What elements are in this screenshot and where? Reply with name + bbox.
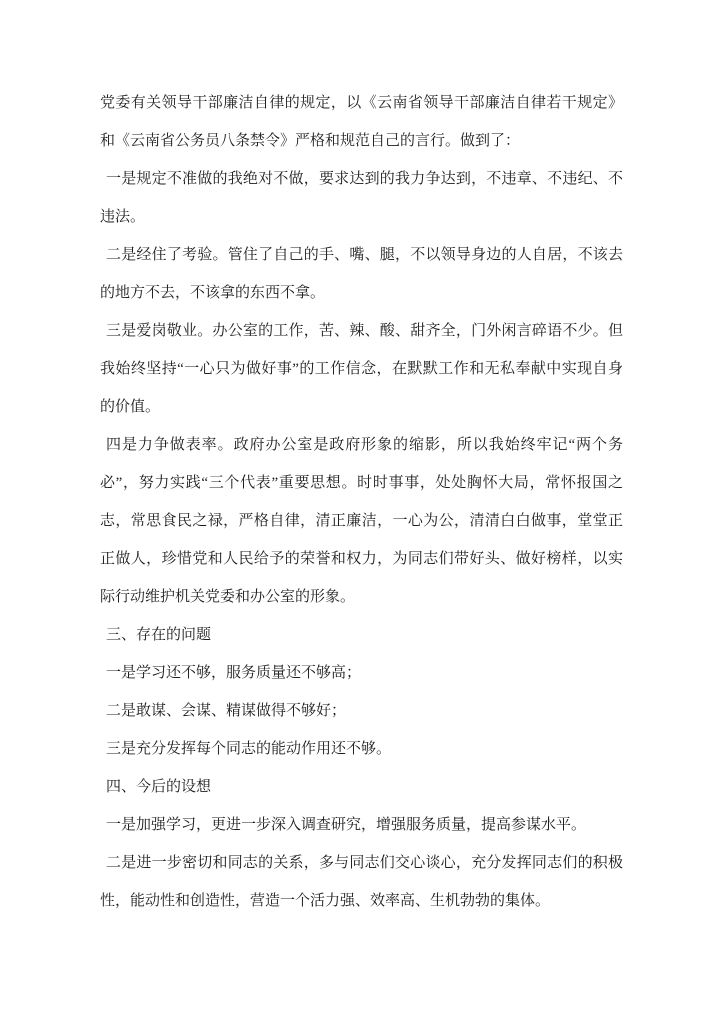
paragraph-point-1: 一是规定不准做的我绝对不做，要求达到的我力争达到，不违章、不违纪、不违法。 bbox=[100, 160, 623, 236]
document-page: 党委有关领导干部廉洁自律的规定，以《云南省领导干部廉洁自律若干规定》和《云南省公… bbox=[0, 0, 721, 1020]
section-heading-problems: 三、存在的问题 bbox=[100, 616, 623, 654]
paragraph-point-3: 三是爱岗敬业。办公室的工作，苦、辣、酸、甜齐全，门外闲言碎语不少。但我始终坚持“… bbox=[100, 312, 623, 426]
section-heading-future-plans: 四、今后的设想 bbox=[100, 768, 623, 806]
paragraph-continuation: 党委有关领导干部廉洁自律的规定，以《云南省领导干部廉洁自律若干规定》和《云南省公… bbox=[100, 84, 623, 160]
paragraph-plan-1: 一是加强学习，更进一步深入调查研究，增强服务质量，提高参谋水平。 bbox=[100, 806, 623, 844]
paragraph-point-2: 二是经住了考验。管住了自己的手、嘴、腿，不以领导身边的人自居，不该去的地方不去，… bbox=[100, 236, 623, 312]
paragraph-problem-1: 一是学习还不够，服务质量还不够高； bbox=[100, 654, 623, 692]
paragraph-plan-2: 二是进一步密切和同志的关系，多与同志们交心谈心，充分发挥同志们的积极性，能动性和… bbox=[100, 844, 623, 920]
document-text-block: 党委有关领导干部廉洁自律的规定，以《云南省领导干部廉洁自律若干规定》和《云南省公… bbox=[100, 84, 623, 920]
paragraph-point-4: 四是力争做表率。政府办公室是政府形象的缩影，所以我始终牢记“两个务必”，努力实践… bbox=[100, 426, 623, 616]
paragraph-problem-2: 二是敢谋、会谋、精谋做得不够好； bbox=[100, 692, 623, 730]
paragraph-problem-3: 三是充分发挥每个同志的能动作用还不够。 bbox=[100, 730, 623, 768]
